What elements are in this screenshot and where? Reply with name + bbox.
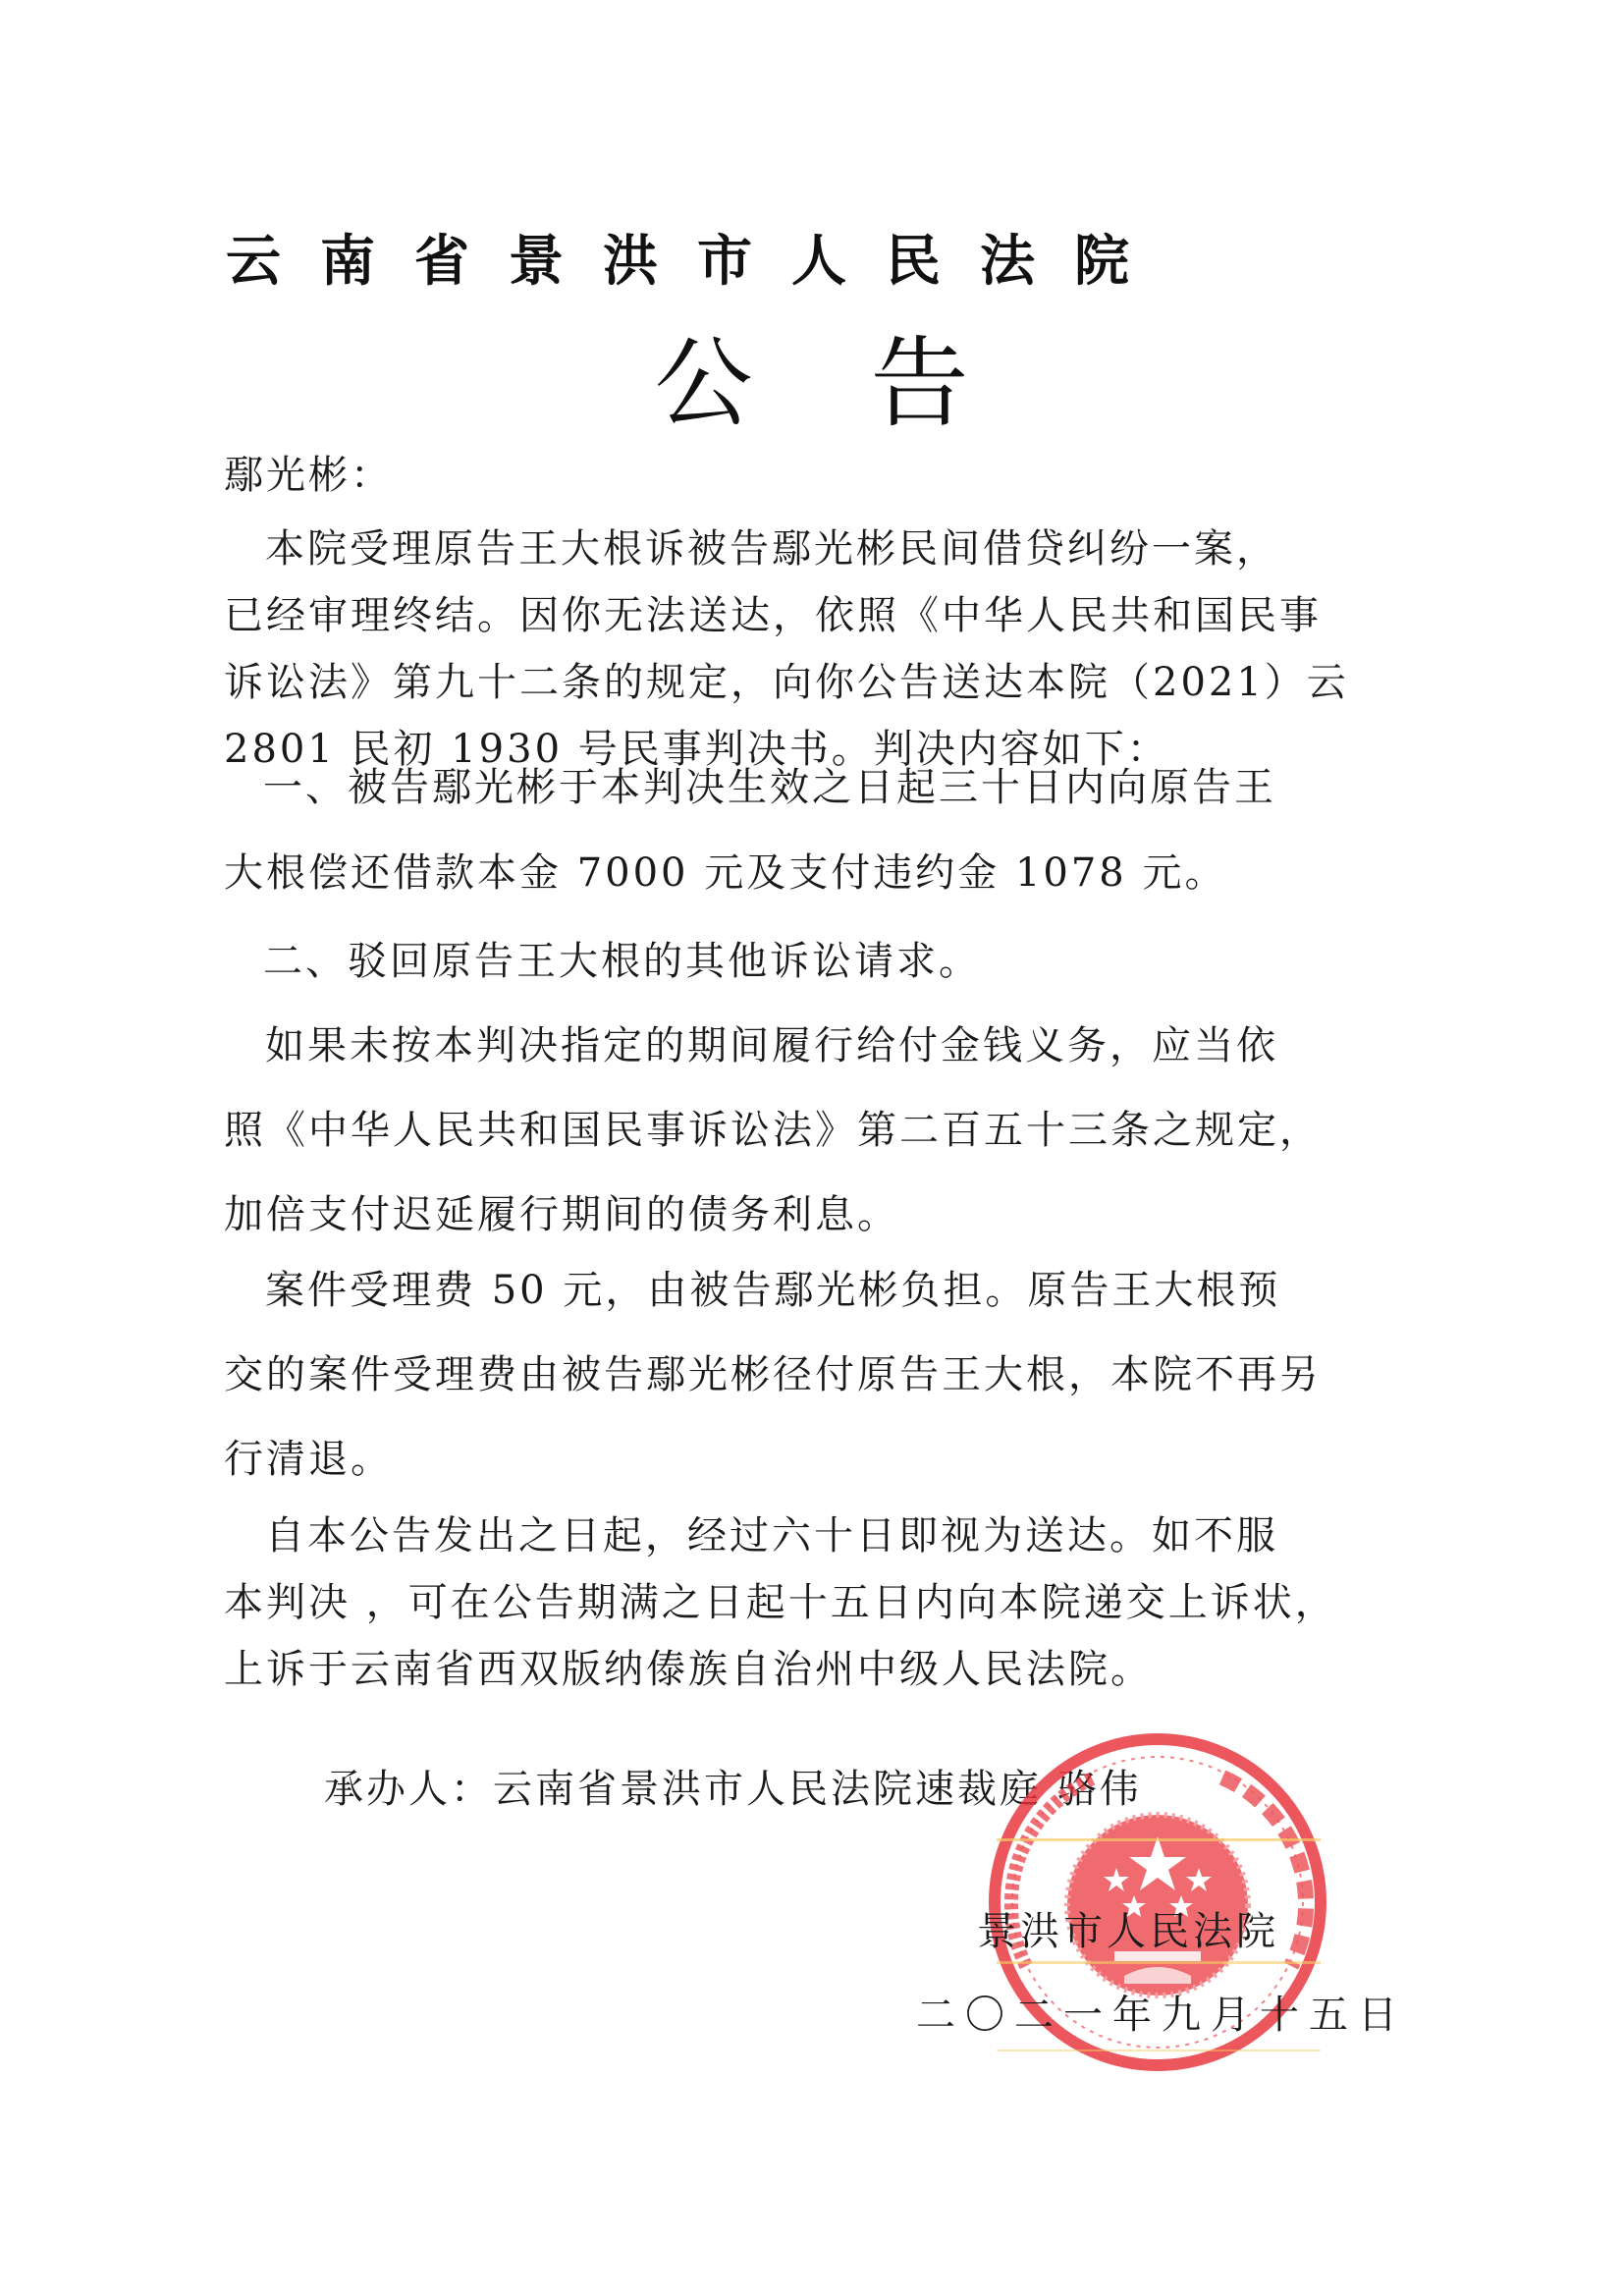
fee-line: 行清退。: [224, 1428, 393, 1484]
interest-line: 如果未按本判决指定的期间履行给付金钱义务，应当依: [265, 1014, 1278, 1070]
judgment-item-2: 二、驳回原告王大根的其他诉讼请求。: [263, 930, 981, 986]
notice-title: 公告: [0, 304, 1623, 446]
court-name-heading: 云南省景洪市人民法院: [226, 218, 1355, 297]
judgment-item-1-line: 大根偿还借款本金 7000 元及支付违约金 1078 元。: [224, 842, 1226, 898]
fee-line: 交的案件受理费由被告鄢光彬径付原告王大根，本院不再另: [224, 1343, 1322, 1399]
issue-date: 二〇二一年九月十五日: [916, 1984, 1407, 2040]
interest-line: 加倍支付迟延履行期间的债务利息。: [224, 1183, 899, 1239]
intro-line: 诉讼法》第九十二条的规定，向你公告送达本院（2021）云: [224, 651, 1349, 707]
interest-line: 照《中华人民共和国民事诉讼法》第二百五十三条之规定，: [224, 1099, 1322, 1155]
appeal-line: 自本公告发出之日起，经过六十日即视为送达。如不服: [265, 1504, 1278, 1560]
appeal-line: 本判决 ，可在公告期满之日起十五日内向本院递交上诉状，: [224, 1571, 1337, 1627]
appeal-line: 上诉于云南省西双版纳傣族自治州中级人民法院。: [224, 1638, 1153, 1694]
notice-page: 云南省景洪市人民法院 公告 鄢光彬： 本院受理原告王大根诉被告鄢光彬民间借贷纠纷…: [0, 0, 1623, 2296]
fee-line: 案件受理费 50 元，由被告鄢光彬负担。原告王大根预: [265, 1259, 1280, 1315]
intro-line: 已经审理终结。因你无法送达，依照《中华人民共和国民事: [224, 584, 1322, 640]
judgment-item-1-line: 一、被告鄢光彬于本判决生效之日起三十日内向原告王: [263, 756, 1276, 812]
issuer-signature: 景洪市人民法院: [977, 1900, 1279, 1956]
intro-line: 本院受理原告王大根诉被告鄢光彬民间借贷纠纷一案，: [265, 518, 1278, 574]
handler-line: 承办人：云南省景洪市人民法院速裁庭 骆伟: [324, 1758, 1142, 1814]
addressee: 鄢光彬：: [224, 444, 393, 500]
